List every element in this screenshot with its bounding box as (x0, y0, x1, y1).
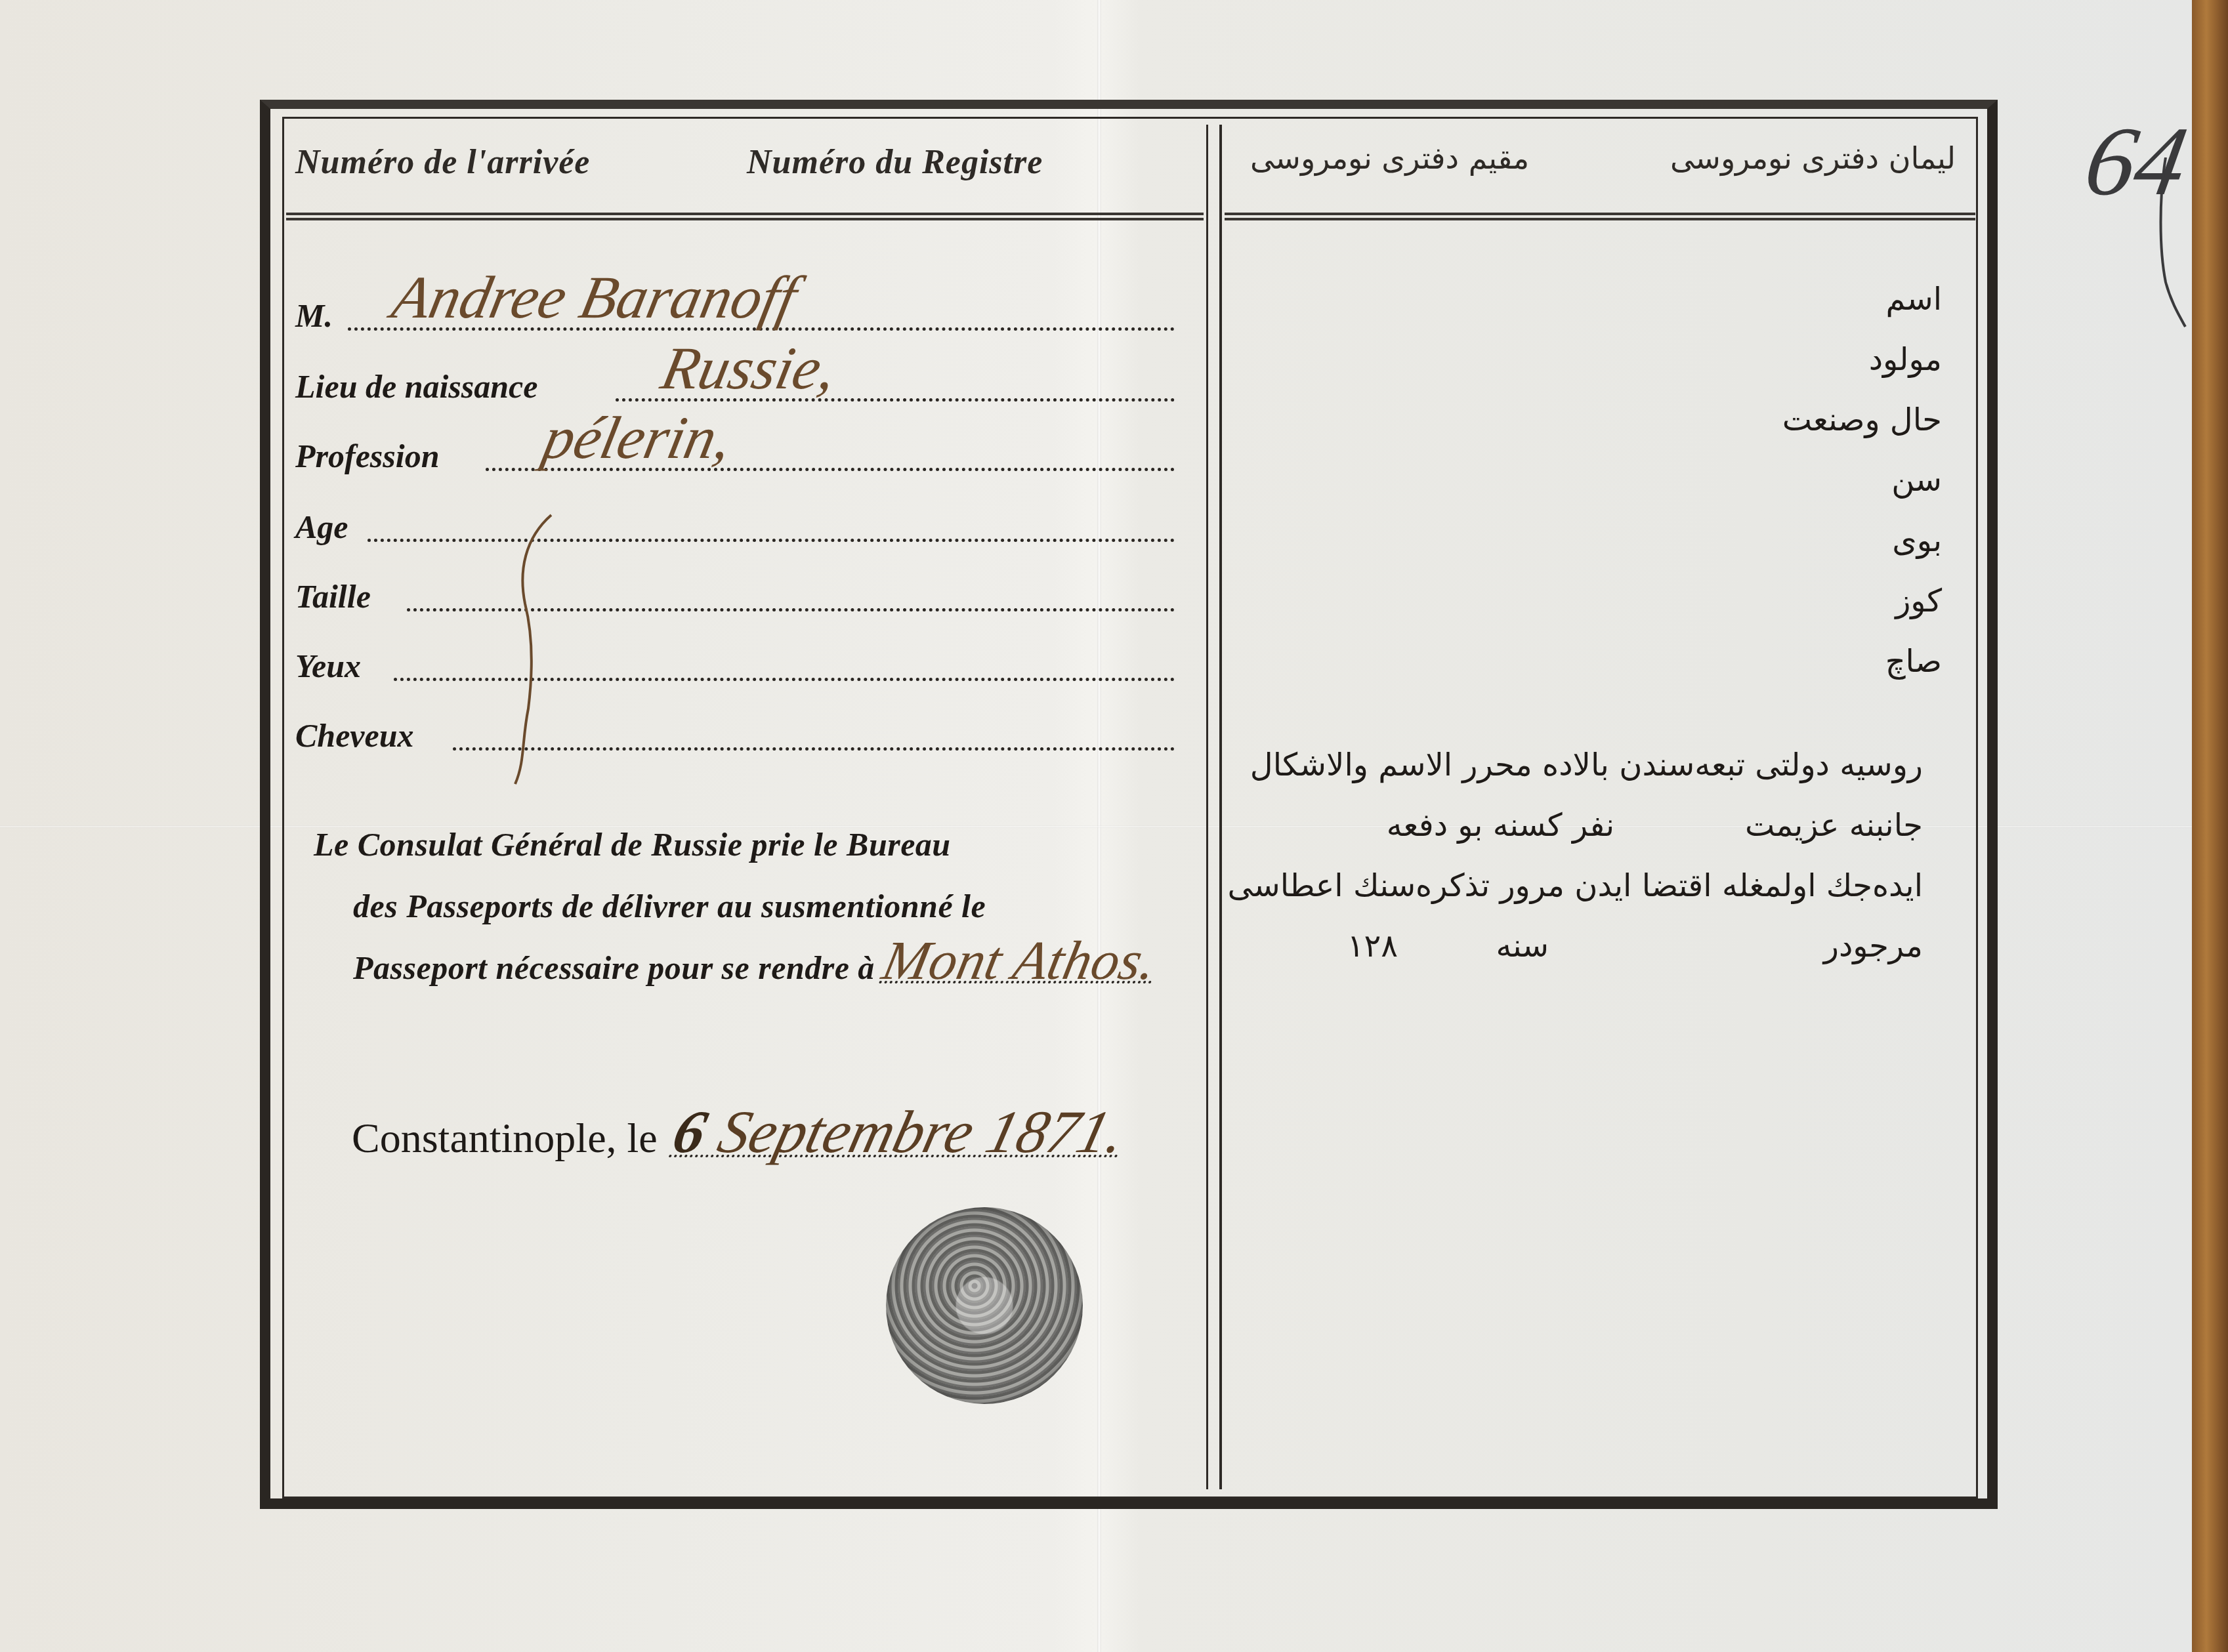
field-hair: Cheveux (295, 715, 1175, 761)
field-label: Yeux (295, 647, 361, 685)
ottoman-request-paragraph: روسیه دولتی تبعه‌سندن بالاده محرر الاسم … (1260, 735, 1923, 976)
place-label: Constantinople, le (352, 1115, 658, 1161)
arrival-number-label: Numéro de l'arrivée (295, 143, 590, 182)
consulate-request-line-3-text: Passeport nécessaire pour se rendre à (353, 949, 875, 986)
ottoman-seal-stamp (886, 1207, 1083, 1404)
field-profession: Profession pélerin, (295, 436, 1175, 482)
ottoman-label-profession: حال وصنعت (1745, 390, 1942, 450)
consulate-request-line-1: Le Consulat Général de Russie prie le Bu… (314, 814, 1193, 875)
ottoman-label-height: بوی (1745, 510, 1942, 571)
field-height: Taille (295, 576, 1175, 622)
ottoman-label-age: سن (1745, 450, 1942, 510)
header-rule-right (1225, 213, 1975, 220)
ottoman-line-4: مرجودر سنه ١٢٨ (1260, 916, 1923, 976)
ottoman-line-2-right: نفر کسنه بو دفعه (1387, 795, 1614, 856)
place-date-line: Constantinople, le 6 Septembre 1871. (352, 1109, 1124, 1163)
date-day: 6 (667, 1098, 713, 1165)
field-value-handwritten: Russie, (656, 333, 843, 403)
ottoman-label-eyes: کوز (1745, 571, 1942, 631)
handwritten-strikeout-stroke (512, 512, 564, 787)
field-value-handwritten: Andree Baranoff (387, 262, 803, 332)
ottoman-line-4-mid: سنه (1496, 916, 1549, 976)
field-label: Taille (295, 577, 371, 615)
field-label: Age (295, 508, 348, 546)
ottoman-line-2-left: جانبنه عزیمت (1745, 795, 1923, 856)
header-rule-left (286, 213, 1204, 220)
wooden-surface (2192, 0, 2228, 1652)
column-divider-left (1206, 125, 1208, 1489)
ottoman-line-4-right: مرجودر (1824, 916, 1923, 976)
ottoman-label-birthplace: مولود (1745, 329, 1942, 390)
consulate-request-line-2: des Passeports de délivrer au susmention… (314, 875, 1193, 937)
date-handwritten: 6 Septembre 1871. (668, 1109, 1129, 1157)
archive-number-tail-stroke (2153, 157, 2192, 328)
ottoman-liman-register-label: لیمان دفتری نومروسی (1670, 140, 1956, 176)
destination-handwritten: Mont Athos. (879, 941, 1160, 983)
field-eyes: Yeux (295, 646, 1175, 692)
ottoman-muqim-register-label: مقیم دفتری نومروسی (1250, 140, 1529, 176)
ottoman-line-3-text: ایده‌جك اولمغله اقتضا ایدن مرور تذکره‌سن… (1228, 856, 1923, 916)
ottoman-field-labels: اسم مولود حال وصنعت سن بوی کوز صاچ (1745, 269, 1942, 692)
ottoman-label-name: اسم (1745, 269, 1942, 329)
consulate-request-paragraph: Le Consulat Général de Russie prie le Bu… (314, 814, 1193, 999)
consulate-request-line-3: Passeport nécessaire pour se rendre à Mo… (314, 937, 1193, 999)
field-label: Lieu de naissance (295, 367, 537, 405)
ottoman-line-3: ایده‌جك اولمغله اقتضا ایدن مرور تذکره‌سن… (1260, 856, 1923, 916)
dotted-line (368, 539, 1175, 542)
column-divider-right (1219, 125, 1222, 1489)
ottoman-label-hair: صاچ (1745, 631, 1942, 692)
field-label: Cheveux (295, 716, 414, 754)
dotted-line (394, 678, 1175, 681)
ottoman-line-2: جانبنه عزیمت نفر کسنه بو دفعه (1260, 795, 1923, 856)
ottoman-line-1: روسیه دولتی تبعه‌سندن بالاده محرر الاسم … (1260, 735, 1923, 795)
register-number-label: Numéro du Registre (747, 143, 1043, 182)
field-label: M. (295, 297, 333, 335)
ottoman-line-1-text: روسیه دولتی تبعه‌سندن بالاده محرر الاسم … (1250, 735, 1923, 795)
field-label: Profession (295, 437, 439, 475)
ottoman-line-4-year: ١٢٨ (1347, 916, 1398, 976)
field-age: Age (295, 506, 1175, 552)
field-value-handwritten: pélerin, (537, 403, 738, 472)
date-month-year: Septembre 1871. (712, 1098, 1132, 1165)
